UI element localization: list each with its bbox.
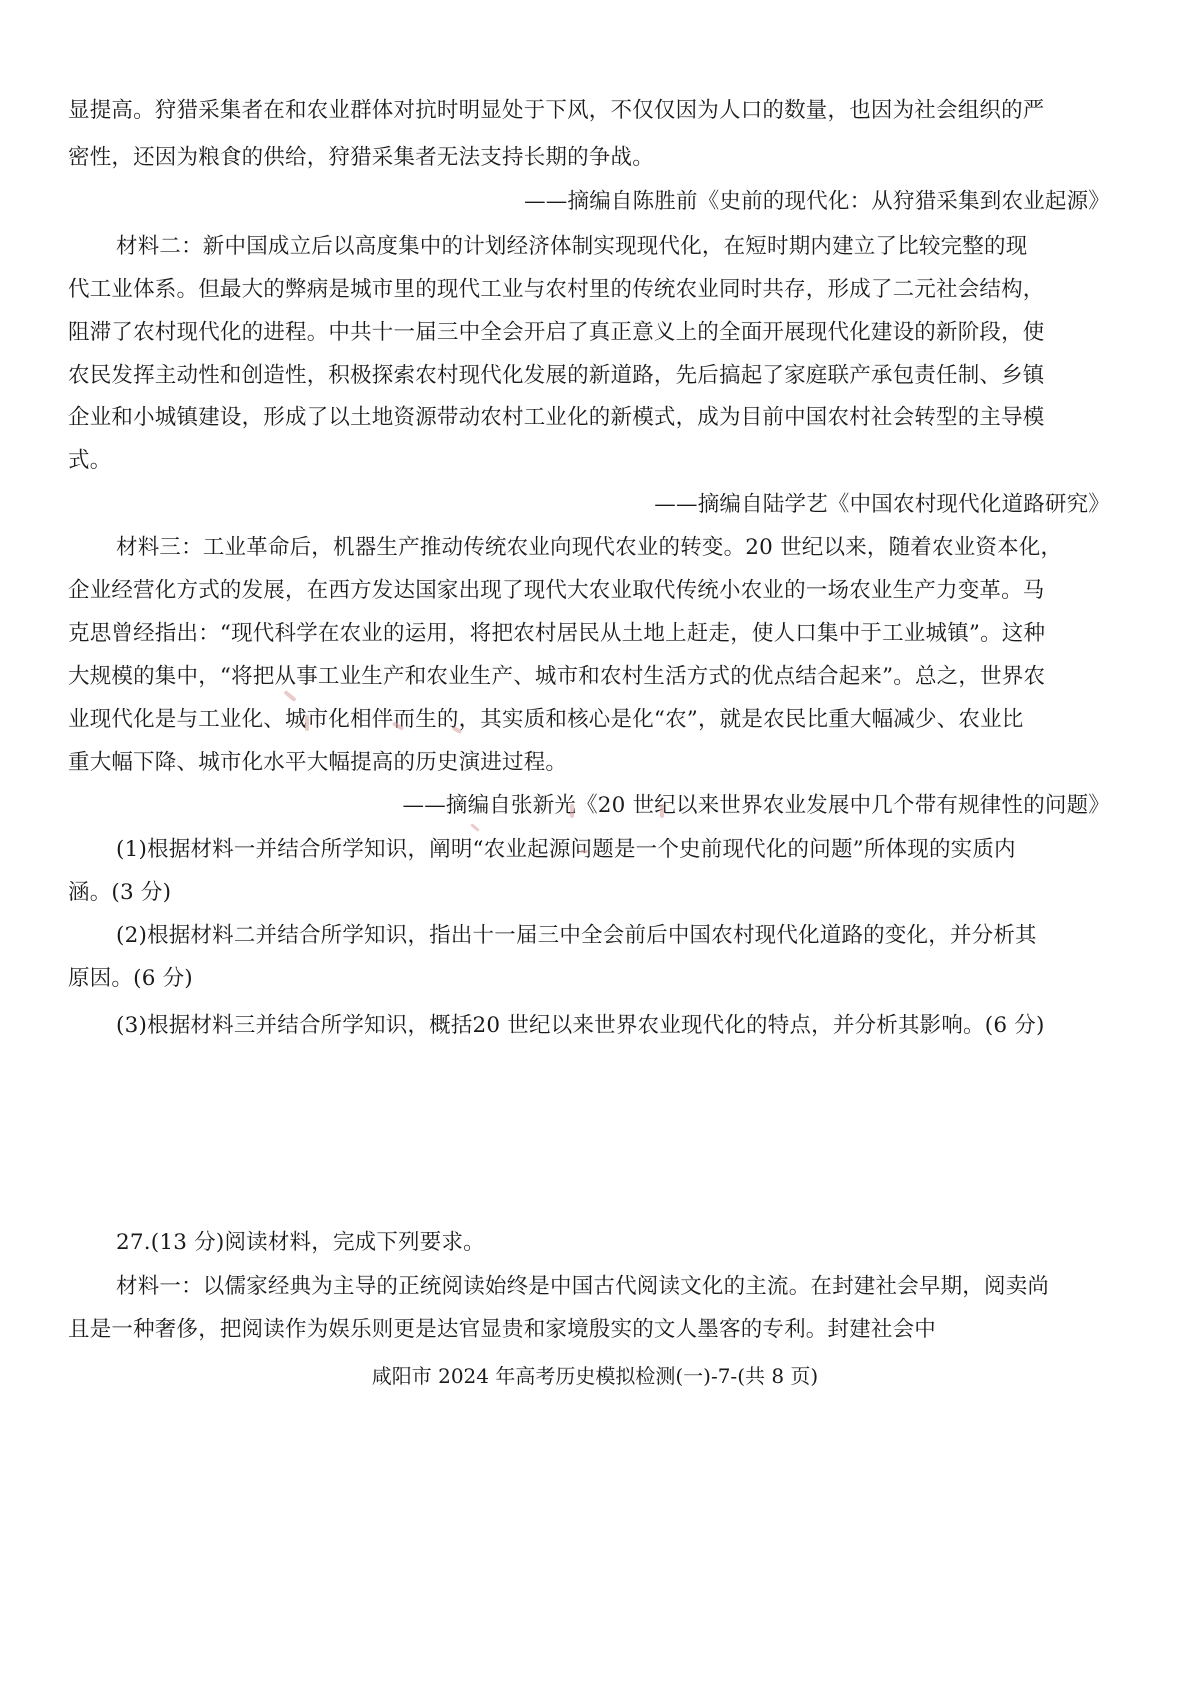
page-footer: 咸阳市 2024 年高考历史模拟检测(一)-7-(共 8 页) <box>0 1360 1190 1389</box>
question-27-material1-line1: 材料一：以儒家经典为主导的正统阅读始终是中国古代阅读文化的主流。在封建社会早期，… <box>116 1272 1161 1302</box>
material1-continuation-line2: 密性，还因为粮食的供给，狩猎采集者无法支持长期的争战。 <box>68 143 1113 173</box>
stamp-mark <box>660 804 664 818</box>
material2-line4: 农民发挥主动性和创造性，积极探索农村现代化发展的新道路，先后搞起了家庭联产承包责… <box>68 361 1113 391</box>
question-2-line2: 原因。(6 分) <box>68 964 1113 994</box>
question-27-heading: 27.(13 分)阅读材料，完成下列要求。 <box>116 1228 1161 1258</box>
material2-line2: 代工业体系。但最大的弊病是城市里的现代工业与农村里的传统农业同时共存，形成了二元… <box>68 275 1113 305</box>
material3-line4: 大规模的集中，“将把从事工业生产和农业生产、城市和农村生活方式的优点结合起来”。… <box>68 662 1113 692</box>
question-1-line1: (1)根据材料一并结合所学知识，阐明“农业起源问题是一个史前现代化的问题”所体现… <box>116 835 1161 865</box>
material2-source: ——摘编自陆学艺《中国农村现代化道路研究》 <box>654 490 1110 520</box>
question-1-line2: 涵。(3 分) <box>68 878 1113 908</box>
question-2-line1: (2)根据材料二并结合所学知识，指出十一届三中全会前后中国农村现代化道路的变化，… <box>116 921 1161 951</box>
material3-line3: 克思曾经指出：“现代科学在农业的运用，将把农村居民从土地上赶走，使人口集中于工业… <box>68 619 1113 649</box>
material3-source: ——摘编自张新光《20 世纪以来世界农业发展中几个带有规律性的问题》 <box>403 791 1111 821</box>
material2-line6: 式。 <box>68 446 1113 476</box>
material2-line1: 材料二：新中国成立后以高度集中的计划经济体制实现现代化，在短时期内建立了比较完整… <box>116 232 1161 262</box>
material1-continuation-line1: 显提高。狩猎采集者在和农业群体对抗时明显处于下风，不仅仅因为人口的数量，也因为社… <box>68 96 1113 126</box>
question-3: (3)根据材料三并结合所学知识，概括20 世纪以来世界农业现代化的特点，并分析其… <box>116 1011 1161 1041</box>
material2-line5: 企业和小城镇建设，形成了以土地资源带动农村工业化的新模式，成为目前中国农村社会转… <box>68 403 1113 433</box>
stamp-mark <box>470 823 480 832</box>
material2-line3: 阻滞了农村现代化的进程。中共十一届三中全会开启了真正意义上的全面开展现代化建设的… <box>68 318 1113 348</box>
material3-line1: 材料三：工业革命后，机器生产推动传统农业向现代农业的转变。20 世纪以来，随着农… <box>116 533 1161 563</box>
question-27-material1-line2: 且是一种奢侈，把阅读作为娱乐则更是达官显贵和家境殷实的文人墨客的专利。封建社会中 <box>68 1315 1113 1345</box>
material3-line6: 重大幅下降、城市化水平大幅提高的历史演进过程。 <box>68 748 1113 778</box>
material1-source: ——摘编自陈胜前《史前的现代化：从狩猎采集到农业起源》 <box>524 187 1110 217</box>
stamp-mark <box>305 715 309 731</box>
material3-line2: 企业经营化方式的发展，在西方发达国家出现了现代大农业取代传统小农业的一场农业生产… <box>68 576 1113 606</box>
stamp-mark <box>570 804 574 818</box>
stamp-mark <box>580 850 588 853</box>
material3-line5: 业现代化是与工业化、城市化相伴而生的，其实质和核心是化“农”，就是农民比重大幅减… <box>68 705 1113 735</box>
